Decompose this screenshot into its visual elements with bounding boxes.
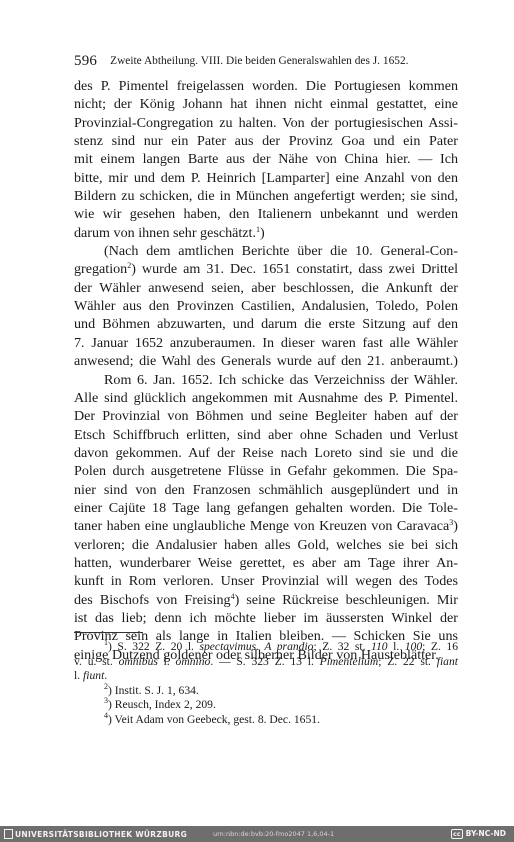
running-title: Zweite Abtheilung. VIII. Die beiden Gene…: [110, 55, 408, 67]
text-line: stenz sind nur ein Pater aus der Provinz…: [74, 132, 458, 150]
text-line: 7. Januar 1652 anzuberaumen. In dieser w…: [74, 334, 458, 352]
text-line: mit einem langen Barte aus der Nähe von …: [74, 150, 458, 168]
text-span: ): [260, 225, 265, 241]
text-span: l.: [74, 669, 83, 682]
text-line: nier sind von den Franzosen schmählich a…: [74, 481, 458, 499]
footnote-1-line: 1) S. 322 Z. 20 l. spectavimus. A prandi…: [74, 640, 458, 655]
library-logo[interactable]: UNIVERSITÄTSBIBLIOTHEK WÜRZBURG: [4, 829, 187, 839]
text-line: kunft in Rom verloren. Unser Provinzial …: [74, 572, 458, 590]
text-span: darum von ihnen sehr geschätzt.: [74, 225, 256, 241]
footnote-3: 3) Reusch, Index 2, 209.: [74, 698, 458, 713]
text-line: Wähler aus den Provinzen Castilien, Anda…: [74, 297, 458, 315]
text-line: (Nach dem amtlichen Berichte über die 10…: [74, 242, 458, 260]
text-line: nicht; der König Johann hat ihnen nicht …: [74, 95, 458, 113]
text-line: Der Provinzial von Böhmen und seine Begl…: [74, 407, 458, 425]
text-line: Alle sind glücklich angekommen mit Ausna…: [74, 389, 458, 407]
creative-commons-icon: cc: [451, 829, 463, 839]
text-line: einer Cajüte 18 Tage lang gefangen gehal…: [74, 499, 458, 517]
text-span: gregation: [74, 261, 127, 277]
text-span: ; Z. 22 st.: [378, 655, 437, 668]
scanned-page: 596 Zweite Abtheilung. VIII. Die beiden …: [0, 0, 514, 826]
italic-span: omnino: [176, 655, 211, 668]
text-span: . — S. 323 Z. 13 l.: [210, 655, 319, 668]
text-line: wie wir gesehen haben, den Italienern un…: [74, 205, 458, 223]
italic-span: fiunt: [83, 669, 104, 682]
text-span: ) S. 322 Z. 20 l.: [108, 640, 199, 653]
italic-span: 100: [405, 640, 422, 653]
license-badge[interactable]: ccBY-NC-ND: [451, 829, 506, 839]
body-text: des P. Pimentel freigelassen worden. Die…: [74, 77, 458, 664]
text-line: darum von ihnen sehr geschätzt.1): [74, 224, 458, 242]
text-line: anwesend; die Wahl des Generals wurde au…: [74, 352, 458, 370]
text-span: ; Z. 16: [422, 640, 458, 653]
text-span: ) wurde am 31. Dec. 1651 constatirt, das…: [131, 261, 458, 277]
text-span: ) seine Rückreise beschleunigen. Mir: [235, 592, 458, 608]
text-span: v. u. st.: [74, 655, 119, 668]
text-span: l.: [388, 640, 405, 653]
italic-span: omnibus: [119, 655, 158, 668]
text-line: hatten, wunderbarer Weise gerettet, es a…: [74, 554, 458, 572]
italic-span: 110: [371, 640, 388, 653]
library-logo-icon: [4, 829, 13, 839]
license-label: BY-NC-ND: [466, 829, 506, 838]
italic-span: Pimentelium: [320, 655, 379, 668]
text-line: des Bischofs von Freising4) seine Rückre…: [74, 591, 458, 609]
italic-span: fiant: [437, 655, 458, 668]
footnote-1-line: v. u. st. omnibus l. omnino. — S. 323 Z.…: [74, 655, 458, 670]
footnote-4: 4) Veit Adam von Geebeck, gest. 8. Dec. …: [74, 713, 458, 728]
text-line: Polen durch ausgetretene Flüsse in Gefah…: [74, 462, 458, 480]
text-line: gregation2) wurde am 31. Dec. 1651 const…: [74, 260, 458, 278]
text-line: verloren; die Andalusier haben alles Gol…: [74, 536, 458, 554]
text-line: taner haben eine unglaubliche Menge von …: [74, 517, 458, 535]
text-line: bitte, mir und dem P. Heinrich [Lamparte…: [74, 169, 458, 187]
footnote-1-line: l. fiunt.: [74, 669, 458, 684]
text-line: des P. Pimentel freigelassen worden. Die…: [74, 77, 458, 95]
text-line: Bildern zu schicken, die in München ange…: [74, 187, 458, 205]
footnote-divider: [74, 632, 143, 633]
text-line: Rom 6. Jan. 1652. Ich schicke das Verzei…: [74, 371, 458, 389]
text-span: ) Instit. S. J. 1, 634.: [108, 684, 199, 697]
urn-identifier[interactable]: urn:nbn:de:bvb:20-fmo2047 1,6,04-1: [213, 830, 334, 838]
text-span: .: [104, 669, 107, 682]
text-line: Etsch Schiffbruch erlitten, sind aber oh…: [74, 426, 458, 444]
text-span: ) Reusch, Index 2, 209.: [108, 698, 216, 711]
italic-span: spectavimus. A prandio: [199, 640, 313, 653]
text-span: l.: [158, 655, 176, 668]
digitization-footer-bar: UNIVERSITÄTSBIBLIOTHEK WÜRZBURG urn:nbn:…: [0, 826, 514, 842]
text-span: ): [453, 518, 458, 534]
text-line: Provinzial-Congregation zu halten. Von d…: [74, 114, 458, 132]
text-span: taner haben eine unglaubliche Menge von …: [74, 518, 449, 534]
library-name: UNIVERSITÄTSBIBLIOTHEK WÜRZBURG: [15, 830, 187, 839]
text-span: ; Z. 32 st.: [313, 640, 371, 653]
text-line: davon gekommen. Auf der Reise nach Loret…: [74, 444, 458, 462]
text-span: ) Veit Adam von Geebeck, gest. 8. Dec. 1…: [108, 713, 320, 726]
page-number: 596: [74, 53, 97, 69]
text-line: der Wähler anwesend seien, aber beschlos…: [74, 279, 458, 297]
text-line: und Böhmen abzuwarten, und darum die ers…: [74, 315, 458, 333]
footnote-2: 2) Instit. S. J. 1, 634.: [74, 684, 458, 699]
footnotes: 1) S. 322 Z. 20 l. spectavimus. A prandi…: [74, 640, 458, 728]
text-line: ist das lieb; denn ich möchte lieber im …: [74, 609, 458, 627]
running-header: 596 Zweite Abtheilung. VIII. Die beiden …: [74, 52, 458, 70]
text-span: des Bischofs von Freising: [74, 592, 231, 608]
